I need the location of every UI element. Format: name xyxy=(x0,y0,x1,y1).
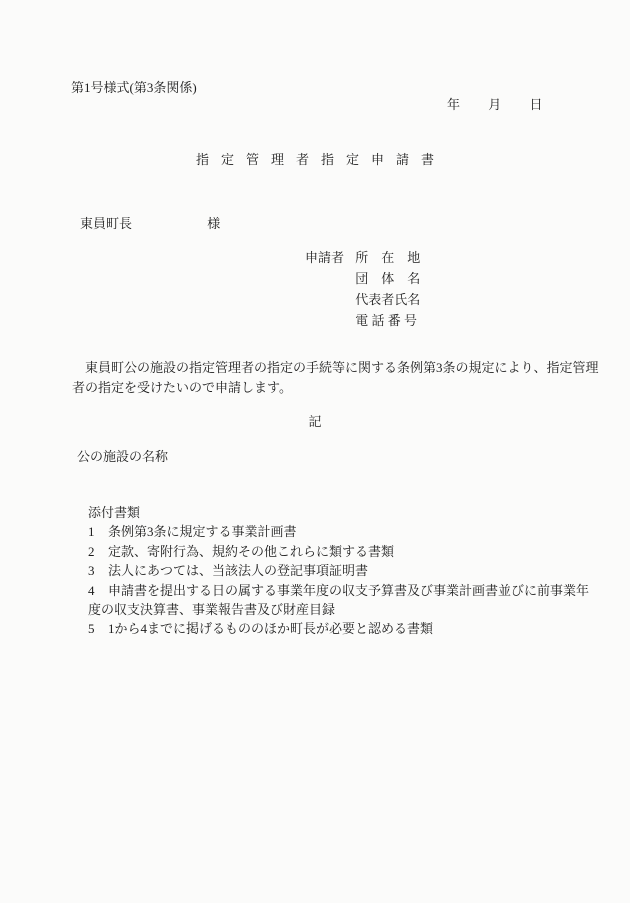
ki-marker: 記 xyxy=(0,413,630,432)
attachments-section: 添付書類 1条例第3条に規定する事業計画書 2定款、寄附行為、規約その他これらに… xyxy=(88,503,589,639)
applicant-prefix: 申請者 xyxy=(305,247,352,268)
day-label: 日 xyxy=(530,96,543,115)
applicant-row-address: 申請者 所 在 地 xyxy=(305,247,420,268)
document-title: 指定管理者指定申請書 xyxy=(0,151,630,170)
year-label: 年 xyxy=(447,96,460,115)
attachments-header: 添付書類 xyxy=(88,503,589,522)
attachment-item-2: 2定款、寄附行為、規約その他これらに類する書類 xyxy=(88,542,589,561)
date-line: 年 月 日 xyxy=(447,96,543,115)
attachment-item-3: 3法人にあつては、当該法人の登記事項証明書 xyxy=(88,561,589,580)
applicant-row-representative: 代表者氏名 xyxy=(305,289,420,310)
attachment-item-number: 3 xyxy=(88,561,108,580)
facility-name-label: 公の施設の名称 xyxy=(77,448,168,467)
attachment-item-text: 法人にあつては、当該法人の登記事項証明書 xyxy=(108,563,368,578)
attachment-item-text: 定款、寄附行為、規約その他これらに類する書類 xyxy=(108,544,394,559)
applicant-row-organization: 団 体 名 xyxy=(305,268,420,289)
month-label: 月 xyxy=(488,96,501,115)
addressee-name: 東員町長 xyxy=(80,216,132,231)
attachment-item-text: 1から4までに掲げるもののほか町長が必要と認める書類 xyxy=(108,621,433,636)
applicant-phone-label: 電 話 番 号 xyxy=(355,313,417,328)
applicant-address-label: 所 在 地 xyxy=(355,250,420,265)
attachment-item-text: 条例第3条に規定する事業計画書 xyxy=(108,524,297,539)
applicant-block: 申請者 所 在 地 団 体 名 代表者氏名 電 話 番 号 xyxy=(305,247,420,331)
addressee-honorific: 様 xyxy=(207,216,220,231)
addressee-line: 東員町長 様 xyxy=(80,215,220,234)
attachment-item-number: 1 xyxy=(88,522,108,541)
applicant-representative-label: 代表者氏名 xyxy=(355,292,420,307)
attachment-item-number: 4 xyxy=(88,581,108,600)
attachment-item-number: 2 xyxy=(88,542,108,561)
attachment-item-4: 4申請書を提出する日の属する事業年度の収支予算書及び事業計画書並びに前事業年 度… xyxy=(88,581,589,620)
application-statement: 東員町公の施設の指定管理者の指定の手続等に関する条例第3条の規定により、指定管理… xyxy=(72,358,599,398)
attachment-item-1: 1条例第3条に規定する事業計画書 xyxy=(88,522,589,541)
attachment-item-5: 51から4までに掲げるもののほか町長が必要と認める書類 xyxy=(88,619,589,638)
attachment-item-text: 申請書を提出する日の属する事業年度の収支予算書及び事業計画書並びに前事業年 度の… xyxy=(88,583,589,617)
attachment-item-number: 5 xyxy=(88,619,108,638)
form-number-label: 第1号様式(第3条関係) xyxy=(71,79,197,98)
document-page: 第1号様式(第3条関係) 年 月 日 指定管理者指定申請書 東員町長 様 申請者… xyxy=(0,0,630,903)
applicant-row-phone: 電 話 番 号 xyxy=(305,310,420,331)
applicant-organization-label: 団 体 名 xyxy=(355,271,420,286)
